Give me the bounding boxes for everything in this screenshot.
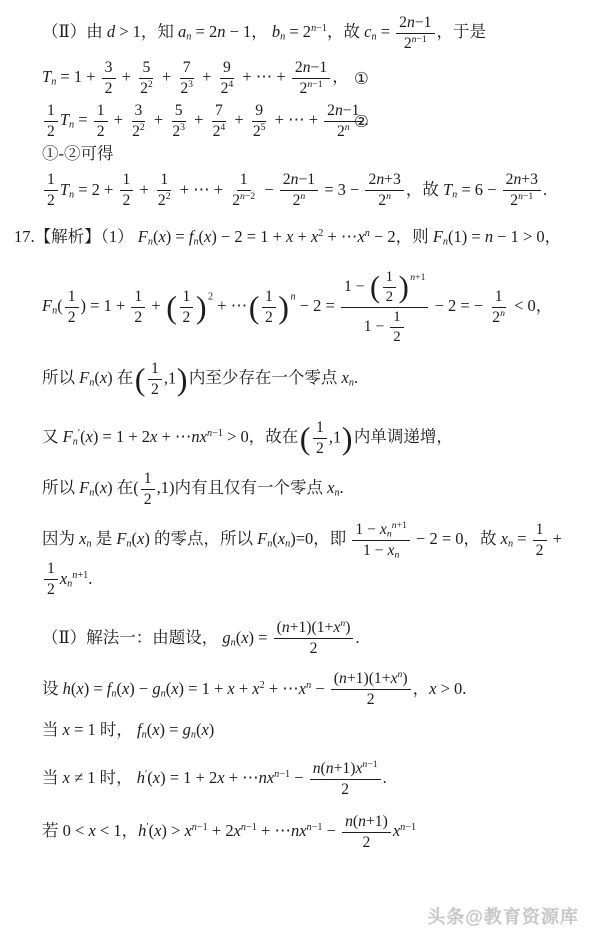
formula-text: 又 Fn′(x) = 1 + 2x + ⋯nxn−1 > 0，故在(12,1)内… <box>42 427 453 446</box>
formula-text: ①-②可得 <box>42 144 114 163</box>
formula-line: 设 h(x) = fn(x) − gn(x) = 1 + x + x2 + ⋯x… <box>42 670 581 709</box>
formula-text: 若 0 < x < 1，h′(x) > xn−1 + 2xn−1 + ⋯nxn−… <box>42 821 416 840</box>
formula-line: 所以 Fn(x) 在(12,1)内至少存在一个零点 xn. <box>42 360 581 399</box>
equation-number: ① <box>354 67 369 89</box>
formula-line: 当 x ≠ 1 时， h′(x) = 1 + 2x + ⋯nxn−1 − n(n… <box>42 760 581 799</box>
formula-line: 若 0 < x < 1，h′(x) > xn−1 + 2xn−1 + ⋯nxn−… <box>42 813 581 852</box>
formula-text: 12Tn = 2 + 12 + 122 + ⋯ + 12n−2 − 2n−12n… <box>42 180 547 199</box>
formula-line: （Ⅱ）由 d > 1，知 an = 2n − 1， bn = 2n−1，故 cn… <box>42 14 581 53</box>
formula-line: 又 Fn′(x) = 1 + 2x + ⋯nxn−1 > 0，故在(12,1)内… <box>42 419 581 458</box>
formula-text: 因为 xn 是 Fn(x) 的零点，所以 Fn(xn)=0，即 1 − xnn+… <box>42 529 562 587</box>
solution-content: （Ⅱ）由 d > 1，知 an = 2n − 1， bn = 2n−1，故 cn… <box>0 0 589 852</box>
formula-text: 当 x = 1 时， fn(x) = gn(x) <box>42 720 214 739</box>
formula-text: 当 x ≠ 1 时， h′(x) = 1 + 2x + ⋯nxn−1 − n(n… <box>42 768 387 787</box>
formula-line: 所以 Fn(x) 在(12,1)内有且仅有一个零点 xn. <box>42 470 581 509</box>
formula-line: ①-②可得 <box>42 143 581 165</box>
formula-line: Fn(12) = 1 + 12 + (12)2 + ⋯(12)n − 2 = 1… <box>42 269 581 346</box>
formula-line: 当 x = 1 时， fn(x) = gn(x) <box>42 719 581 741</box>
formula-line: 12Tn = 2 + 12 + 122 + ⋯ + 12n−2 − 2n−12n… <box>42 171 581 210</box>
formula-text: （Ⅱ）由 d > 1，知 an = 2n − 1， bn = 2n−1，故 cn… <box>42 22 486 41</box>
formula-text: 12Tn = 12 + 322 + 523 + 724 + 925 + ⋯ + … <box>42 110 369 129</box>
watermark-text: 头条@教育资源库 <box>427 903 579 929</box>
formula-line: （Ⅱ）解法一：由题设， gn(x) = (n+1)(1+xn)2. <box>42 619 581 658</box>
formula-line: 17.【解析】（1） Fn(x) = fn(x) − 2 = 1 + x + x… <box>14 226 581 248</box>
math-document-page: （Ⅱ）由 d > 1，知 an = 2n − 1， bn = 2n−1，故 cn… <box>0 0 589 937</box>
equation-number: ② <box>354 110 369 132</box>
formula-text: 所以 Fn(x) 在(12,1)内有且仅有一个零点 xn. <box>42 478 344 497</box>
formula-line: 12Tn = 12 + 322 + 523 + 724 + 925 + ⋯ + … <box>42 102 581 141</box>
formula-text: Tn = 1 + 32 + 522 + 723 + 924 + ⋯ + 2n−1… <box>42 67 349 86</box>
formula-text: （Ⅱ）解法一：由题设， gn(x) = (n+1)(1+xn)2. <box>42 628 360 647</box>
formula-text: 17.【解析】（1） Fn(x) = fn(x) − 2 = 1 + x + x… <box>14 227 561 246</box>
formula-text: 所以 Fn(x) 在(12,1)内至少存在一个零点 xn. <box>42 368 358 387</box>
formula-text: Fn(12) = 1 + 12 + (12)2 + ⋯(12)n − 2 = 1… <box>42 296 552 315</box>
formula-line: Tn = 1 + 32 + 522 + 723 + 924 + ⋯ + 2n−1… <box>42 59 581 98</box>
formula-line: 因为 xn 是 Fn(x) 的零点，所以 Fn(xn)=0，即 1 − xnn+… <box>42 521 581 599</box>
formula-text: 设 h(x) = fn(x) − gn(x) = 1 + x + x2 + ⋯x… <box>42 679 466 698</box>
